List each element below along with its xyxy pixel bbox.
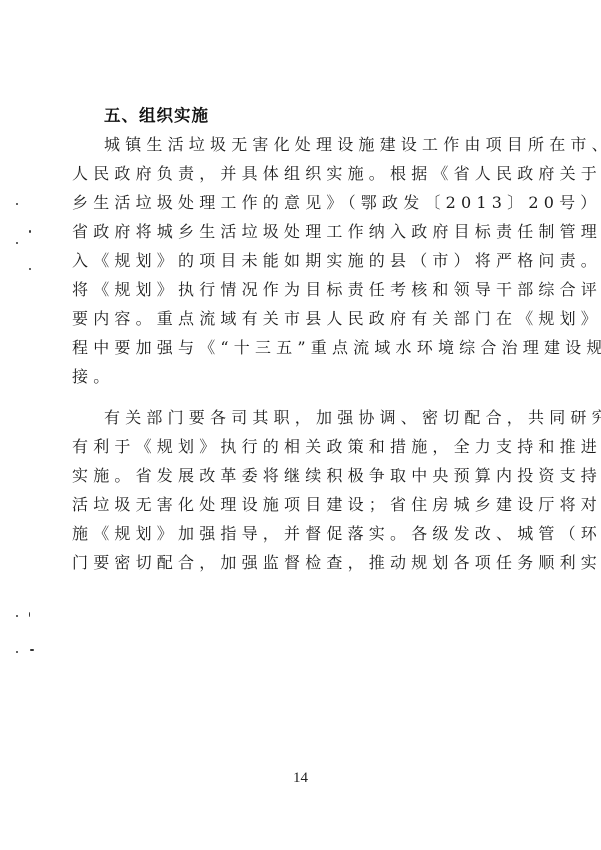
scan-speck <box>29 612 30 617</box>
text-line: 要内容。重点流域有关市县人民政府有关部门在《规划》实施过 <box>72 304 522 333</box>
scan-speck <box>29 268 31 270</box>
text-line: 城镇生活垃圾无害化处理设施建设工作由项目所在市、县级 <box>72 130 522 159</box>
scan-speck <box>16 203 18 205</box>
paragraph-spacer <box>72 391 522 403</box>
text-line: 实施。省发展改革委将继续积极争取中央预算内投资支持城镇生 <box>72 461 522 490</box>
page-number: 14 <box>0 770 601 787</box>
text-line: 有利于《规划》执行的相关政策和措施，全力支持和推进《规划》 <box>72 432 522 461</box>
scan-speck <box>16 651 18 653</box>
scan-speck <box>29 230 31 233</box>
text-line: 活垃圾无害化处理设施项目建设；省住房城乡建设厅将对各地实 <box>72 490 522 519</box>
text-line: 接。 <box>72 362 522 391</box>
text-line: 有关部门要各司其职，加强协调、密切配合，共同研究制定 <box>72 403 522 432</box>
text-line: 省政府将城乡生活垃圾处理工作纳入政府目标责任制管理，对列 <box>72 217 522 246</box>
text-line: 施《规划》加强指导，并督促落实。各级发改、城管（环卫）部 <box>72 519 522 548</box>
text-line: 将《规划》执行情况作为目标责任考核和领导干部综合评价的重 <box>72 275 522 304</box>
section-heading: 五、组织实施 <box>72 101 522 130</box>
document-page: 五、组织实施 城镇生活垃圾无害化处理设施建设工作由项目所在市、县级 人民政府负责… <box>0 0 601 850</box>
scan-speck <box>16 242 18 244</box>
text-line: 乡生活垃圾处理工作的意见》（鄂政发〔2013〕20号）精神， <box>72 188 522 217</box>
text-line: 入《规划》的项目未能如期实施的县（市）将严格问责。各地要 <box>72 246 522 275</box>
scan-speck <box>16 615 18 617</box>
text-line: 门要密切配合，加强监督检查，推动规划各项任务顺利实施。 <box>72 548 522 577</box>
paragraph-1: 城镇生活垃圾无害化处理设施建设工作由项目所在市、县级 人民政府负责，并具体组织实… <box>72 130 522 391</box>
paragraph-2: 有关部门要各司其职，加强协调、密切配合，共同研究制定 有利于《规划》执行的相关政… <box>72 403 522 577</box>
document-body: 五、组织实施 城镇生活垃圾无害化处理设施建设工作由项目所在市、县级 人民政府负责… <box>72 101 522 577</box>
text-line: 程中要加强与《“十三五”重点流域水环境综合治理建设规划》衔 <box>72 333 522 362</box>
scan-speck <box>30 649 34 651</box>
text-line: 人民政府负责，并具体组织实施。根据《省人民政府关于加强城 <box>72 159 522 188</box>
